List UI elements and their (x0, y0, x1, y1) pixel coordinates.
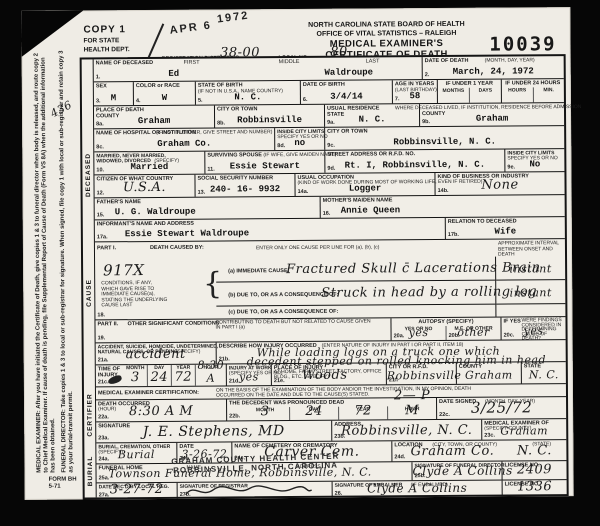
min-subcolumn: MIN. (533, 87, 564, 102)
injury-year-value: 72 (172, 370, 195, 385)
field-occupation: USUAL OCCUPATION (KIND OF WORK DONE DURI… (295, 173, 435, 196)
field-place-of-death-county: PLACE OF DEATH COUNTY 8a. Graham (94, 106, 215, 129)
injury-city-value: Robbinsville (387, 369, 456, 382)
marital-status-value: Married (94, 162, 204, 173)
under-1-year-subcolumns: MONTHS DAYS (438, 88, 501, 103)
pronounced-year-value: 72 (339, 403, 387, 418)
ssn-value: 240- 16- 9932 (196, 184, 295, 195)
certificate-form: DECEASED CAUSE CERTIFIER BURIAL NAME OF … (80, 54, 569, 499)
form-number: FORM BH 5-71 (49, 477, 77, 491)
how-injury-line2: decedent stepped on rolled knocking him … (247, 353, 546, 368)
pronounced-month: MONTH 3 (241, 407, 290, 420)
injury-day-value: 24 (148, 370, 171, 385)
field-if-under-1-year: IF UNDER 1 YEAR MONTHS DAYS (438, 80, 502, 103)
part1-label-cell: PART I. DEATH CAUSED BY: (95, 242, 216, 260)
interval-values-cell: instant instant (496, 256, 565, 316)
due-to-c-value (321, 315, 496, 316)
certificate-paper: MEDICAL EXAMINER: After you have initiat… (21, 7, 573, 500)
cemetery-state-value: N. C. (504, 443, 564, 458)
pronounced-month-value: 3 (241, 404, 289, 419)
cemetery-location-value: Graham Co. (402, 444, 502, 460)
street-address-value: Rt. I, Robbinsville, N. C. (325, 160, 504, 171)
cause-line-c: (c) DUE TO, OR AS A CONSEQUENCE OF: (216, 305, 495, 319)
row-cause-body: 917X CONDITIONS, IF ANY, WHICH GAVE RISE… (95, 256, 565, 320)
field-pronounced-dead: THE DECEDENT WAS PRONOUNCED DEAD 22b. MO… (227, 398, 437, 420)
hours-subcolumn: HOURS (502, 87, 534, 102)
injury-hour: HOUR 8:30 A (196, 365, 226, 386)
field-embalmer-license: LICENSE NO. 1336 (503, 480, 567, 496)
interval-header-cell: APPROXIMATE INTERVAL BETWEEN ONSET AND D… (496, 239, 565, 256)
field-registrar-signature: SIGNATURE OF REGISTRAR 27b. (178, 482, 333, 499)
field-manner-of-death: ACCIDENT, SUICIDE, HOMICIDE, UNDETERMINE… (96, 343, 217, 365)
field-time-of-injury: TIME OF INJURY 21c. MONTH 3 DAY 24 (96, 364, 227, 386)
hospital-value: Graham Co. (94, 138, 274, 149)
pronounced-subcolumns: MONTH 3 DAY 24 YEAR 72 HOUR (241, 406, 436, 420)
residence-state-value: N. C. (325, 114, 419, 125)
months-subcolumn: MONTHS (438, 88, 470, 103)
me-address-value: Robbinsville, N. C. (332, 423, 481, 439)
field-hospital: NAME OF HOSPITAL OR INSTITUTION (IF NOT … (94, 128, 275, 151)
autopsy-findings-value: yes (502, 324, 566, 337)
section-label-certifier: CERTIFIER (86, 385, 93, 445)
days-subcolumn: DAYS (470, 88, 501, 103)
row-vitals: SEX 3. M COLOR or RACE 4. W STATE OF BIR… (94, 79, 564, 106)
section-label-deceased: DECEASED (85, 145, 92, 205)
row-marital: MARRIED, NEVER MARRIED, WIDOWED, DIVORCE… (94, 149, 564, 175)
received-date-stamp: APR 61972 (169, 14, 251, 36)
field-autopsy: AUTOPSY (SPECIFY) YES OR NO 20a. yes M.E… (391, 318, 501, 341)
surviving-spouse-value: Essie Stewart (205, 161, 324, 172)
fd-license-value: 2409 (502, 462, 566, 477)
informant-value: Essie Stewart Waldroupe (125, 227, 475, 239)
field-residence-city-limits: INSIDE CITY LIMITS SPECIFY YES OR NO 9e.… (505, 149, 564, 171)
date-of-birth-value: 3/4/14 (301, 91, 392, 102)
row-hospital: NAME OF HOSPITAL OR INSTITUTION (IF NOT … (94, 126, 564, 152)
autopsy-subcolumns: YES OR NO 20a. yes M.E. OR OTHER 20b. ot… (392, 326, 501, 341)
pronounced-year: YEAR 72 (339, 406, 388, 419)
conditions-cell: 917X CONDITIONS, IF ANY, WHICH GAVE RISE… (95, 259, 216, 320)
form-rows: NAME OF DECEASED FIRST MIDDLE LAST 1. Ed… (94, 56, 567, 497)
due-to-b-value: Struck in head by a rolling log (321, 285, 496, 301)
injury-month-value: 3 (124, 370, 147, 385)
registrar-signature-scribble (184, 484, 314, 499)
immediate-cause-value: Fractured Skull c̄ Lacerations Brain (286, 261, 496, 277)
field-if-under-24-hours: IF UNDER 24 HOURS HOURS MIN. (502, 79, 564, 102)
embalmer-signature-value: Clyde A Collins (333, 481, 502, 496)
field-mother-name: MOTHER'S MAIDEN NAME 16. Annie Queen (321, 195, 565, 218)
cause-code-value: 917X (103, 261, 144, 279)
field-marital-status: MARRIED, NEVER MARRIED, WIDOWED, DIVORCE… (94, 152, 205, 175)
date-received-value: 3-27-72 (97, 482, 177, 498)
pronounced-day-value: 24 (290, 404, 338, 419)
section-label-burial: BURIAL (87, 441, 94, 501)
field-sex: SEX 3. M (94, 82, 134, 105)
injury-day: DAY 24 (148, 365, 172, 386)
field-relation: RELATION TO DECEASED 17b. Wife (446, 217, 565, 239)
age-value: 58 (393, 91, 437, 101)
field-autopsy-findings: IF YES WERE FINDINGS CONSIDERED IN DETER… (501, 317, 565, 339)
residence-county-value: Graham (420, 113, 564, 124)
residence-city-limits-value: No (505, 159, 564, 169)
autopsy-me-other: M.E. OR OTHER 20b. other (447, 326, 501, 340)
field-surviving-spouse: SURVIVING SPOUSE (IF WIFE, GIVE MAIDEN N… (205, 151, 325, 174)
injury-year: YEAR 72 (172, 365, 196, 386)
field-cemetery-location: LOCATION (CITY, TOWN, OR COUNTY) (STATE)… (392, 440, 566, 461)
field-place-of-death-city: CITY OR TOWN 8b. Robbinsville (215, 105, 325, 128)
field-me-of-county: MEDICAL EXAMINER OF (SPECIFY COUNTY) 23c… (482, 419, 566, 440)
occupation-value: Logger (296, 183, 435, 194)
field-age: AGE IN YEARS (LAST BIRTHDAY) 7. 58 (393, 80, 438, 103)
under-24-hours-subcolumns: HOURS MIN. (502, 87, 564, 102)
interval-b-value: instant (496, 286, 565, 299)
mother-name-value: Annie Queen (341, 204, 585, 216)
embalmer-license-value: 1336 (503, 479, 567, 494)
row-pronounced: DEATH OCCURRED (HOUR) 22a. 8:30 A M THE … (96, 397, 566, 422)
cause-line-a: (a) IMMEDIATE CAUSE: Fractured Skull c̄ … (216, 257, 495, 283)
interval-a-value: instant (496, 262, 565, 275)
field-fd-license: LICENSE NO. 2409 (502, 461, 566, 479)
row-name: NAME OF DECEASED FIRST MIDDLE LAST 1. Ed… (94, 56, 564, 82)
pod-county-value: Graham (94, 116, 214, 127)
part1-note-cell: ENTER ONLY ONE CAUSE PER LINE FOR (a), (… (216, 240, 496, 259)
field-me-address: ADDRESS 23b. Robbinsville, N. C. (332, 420, 482, 441)
field-how-injury-occurred: DESCRIBE HOW INJURY OCCURRED (ENTER NATU… (217, 340, 566, 363)
field-date-of-birth: DATE OF BIRTH 6. 3/4/14 (301, 80, 393, 104)
pod-city-value: Robbinsville (215, 115, 324, 126)
citizen-value: U.S.A. (94, 180, 194, 196)
date-of-death-value: March, 24, 1972 (423, 66, 564, 77)
me-signature-value: J. E. Stephens, MD (96, 423, 331, 441)
certificate-serial-number: 10039 (489, 33, 556, 55)
field-date-signed: DATE SIGNED (MONTH, DAY, YEAR) 22c. 3/25… (437, 397, 566, 419)
row-informant: INFORMANT'S NAME AND ADDRESS 17a. Essie … (95, 217, 565, 242)
field-father-name: FATHER'S NAME 15. U. G. Waldroupe (95, 197, 321, 220)
pod-city-limits-value: no (275, 138, 324, 148)
first-name-value: Ed (114, 68, 234, 79)
industry-value: None (435, 177, 564, 193)
field-date-of-death: DATE OF DEATH (MONTH, DAY, YEAR) 2. Marc… (423, 56, 564, 79)
field-funeral-director-signature: SIGNATURE OF FUNERAL DIRECTOR 25b. Clyde… (412, 462, 502, 481)
father-name-value: U. G. Waldroupe (115, 206, 340, 218)
row-part2: PART II. OTHER SIGNIFICANT CONDITIONS CO… (95, 317, 565, 343)
interval-c (496, 304, 565, 316)
row-parents: FATHER'S NAME 15. U. G. Waldroupe MOTHER… (95, 195, 565, 220)
race-value: W (134, 93, 195, 103)
death-hour-value: 8:30 A M (96, 404, 226, 420)
field-industry: KIND OF BUSINESS OR INDUSTRY 14b. None (435, 172, 564, 195)
residence-city-value: Robbinsville, N. C. (325, 136, 564, 148)
sex-value: M (94, 93, 133, 103)
pronounced-hour: HOUR 2— P M (388, 406, 436, 419)
row-manner: ACCIDENT, SUICIDE, HOMICIDE, UNDETERMINE… (96, 340, 566, 365)
injury-at-work-value: yes (227, 370, 271, 383)
section-label-cause: CAUSE (86, 263, 93, 323)
relation-value: Wife (446, 226, 565, 237)
field-date-received: DATE REC'D BY LOCAL REG. 27a. 3-27-72 (97, 483, 178, 500)
pronounced-day: DAY 24 (290, 407, 339, 420)
row-place-of-death: PLACE OF DEATH COUNTY 8a. Graham CITY OR… (94, 103, 564, 129)
field-race: COLOR or RACE 4. W (134, 82, 196, 105)
row-registrar: DATE REC'D BY LOCAL REG. 27a. 3-27-72 SI… (97, 480, 567, 499)
field-death-occurred-hour: DEATH OCCURRED (HOUR) 22a. 8:30 A M (96, 399, 227, 421)
row-citizen: CITIZEN OF WHAT COUNTRY 12. U.S.A. SOCIA… (94, 172, 564, 198)
field-ssn: SOCIAL SECURITY NUMBER 13. 240- 16- 9932 (195, 174, 295, 197)
field-residence-city: CITY OR TOWN 9c. Robbinsville, N. C. (325, 126, 564, 150)
field-citizen: CITIZEN OF WHAT COUNTRY 12. U.S.A. (94, 175, 195, 198)
state-of-birth-value: N. C. (196, 92, 300, 103)
date-signed-value: 3/25/72 (437, 398, 566, 417)
injury-state-value: N. C. (522, 368, 566, 381)
copy-designation: COPY 1 FOR STATE HEALTH DEPT. (83, 24, 129, 53)
funeral-director-signature-value: Clyde A Collins (412, 464, 501, 479)
field-name-of-deceased: NAME OF DECEASED FIRST MIDDLE LAST 1. Ed… (94, 57, 423, 81)
last-name-value: Waldroupe (279, 67, 419, 78)
cause-line-b: (b) DUE TO, OR AS A CONSEQUENCE OF: Stru… (216, 281, 495, 307)
part2-value (96, 338, 391, 340)
injury-month: MONTH 3 (124, 365, 148, 386)
me-of-county-value: Graham (482, 424, 566, 438)
cause-lines-cell: (a) IMMEDIATE CAUSE: Fractured Skull c̄ … (216, 257, 496, 319)
field-pod-city-limits: INSIDE CITY LIMITS SPECIFY YES OR NO 8d.… (275, 128, 325, 150)
injury-time-subcolumns: MONTH 3 DAY 24 YEAR 72 HOUR (124, 365, 226, 387)
autopsy-yes-no: YES OR NO 20a. yes (392, 326, 447, 340)
scanned-death-certificate: MEDICAL EXAMINER: After you have initiat… (0, 0, 600, 526)
field-me-signature: SIGNATURE 23a. J. E. Stephens, MD (96, 421, 332, 443)
field-informant: INFORMANT'S NAME AND ADDRESS 17a. Essie … (95, 218, 446, 241)
field-street-address: STREET ADDRESS OR R.F.D. NO. 9d. Rt. I, … (325, 150, 505, 173)
field-part2: PART II. OTHER SIGNIFICANT CONDITIONS CO… (95, 318, 391, 342)
injury-county-value: Graham (457, 368, 521, 381)
manner-value: accident (96, 347, 216, 363)
field-residence-state: USUAL RESIDENCE WHERE DECEASED LIVED, IF… (325, 104, 420, 127)
field-state-of-birth: STATE OF BIRTH (IF NOT IN U.S.A., NAME C… (196, 81, 301, 105)
field-embalmer-signature: SIGNATURE OF EMBALMER (IF EMBALMED) 26. … (333, 481, 503, 498)
